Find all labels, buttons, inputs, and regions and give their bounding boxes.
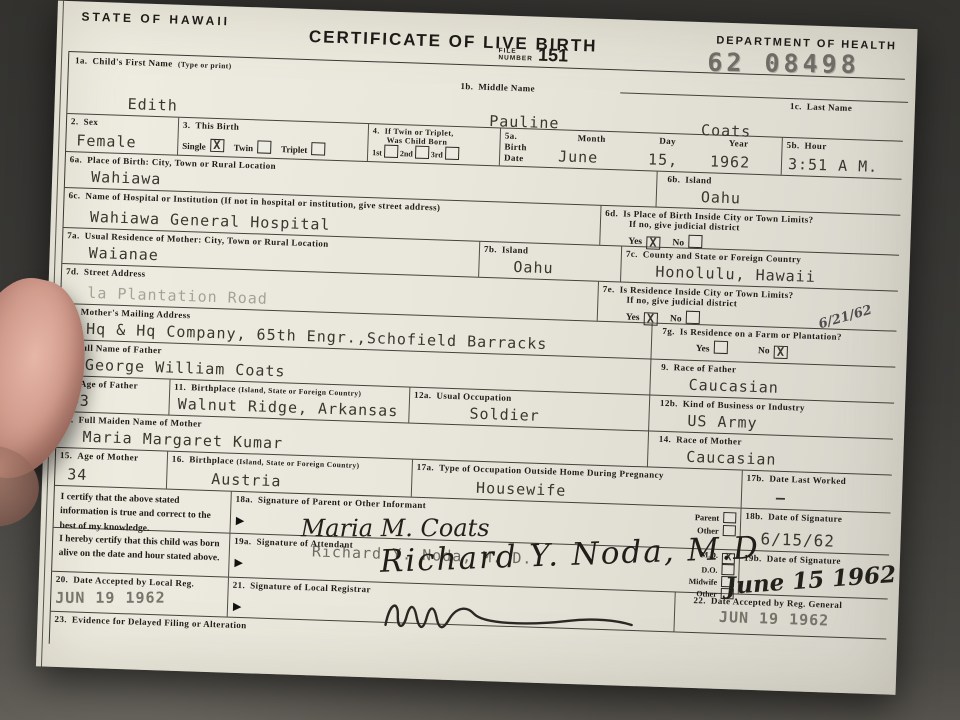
field-17b-value: — <box>776 489 888 511</box>
field-17b: 17b.Date Last Worked — <box>742 471 892 513</box>
field-1b-value: Pauline <box>489 112 560 132</box>
field-2-value: Female <box>76 131 174 152</box>
photo-background: STATE OF HAWAII CERTIFICATE OF LIVE BIRT… <box>0 0 960 720</box>
field-1c-value: Coats <box>701 121 752 141</box>
attendant-signature-date: June 15 1962 <box>724 561 896 600</box>
7g-no-checkbox: X <box>773 346 787 359</box>
local-registrar-date-stamp: JUN 19 1962 <box>55 589 223 607</box>
birth-day-value: 15, <box>648 150 701 170</box>
field-5b: 5b.Hour 3:51 A M. <box>782 138 903 179</box>
field-7b: 7b.Island Oahu <box>479 242 622 282</box>
field-1a-label: 1a.Child's First Name (Type or print) <box>75 55 232 70</box>
local-registrar-signature <box>377 591 638 644</box>
attendant-certification: I hereby certify that this child was bor… <box>52 528 230 577</box>
7g-yes-checkbox <box>713 341 727 354</box>
file-label-2: NUMBER <box>498 54 533 62</box>
birth-year-value: 1962 <box>710 152 777 172</box>
signature-arrow-icon: ▶ <box>236 516 245 527</box>
field-16-value: Austria <box>211 470 407 494</box>
signature-arrow-icon: ▶ <box>233 602 242 613</box>
parent-checkbox <box>723 512 736 523</box>
field-1b-label: 1b.Middle Name <box>460 81 535 93</box>
field-1a-value: Edith <box>127 95 178 115</box>
field-18b-value: 6/15/62 <box>760 529 886 552</box>
field-19b: 19b.Date of Signature June 15 1962 <box>739 551 889 599</box>
field-15-value: 34 <box>67 465 163 486</box>
field-15: 15.Age of Mother 34 <box>55 448 168 489</box>
file-number-block: FILE NUMBER 151 <box>498 43 568 66</box>
second-born-checkbox <box>415 146 429 159</box>
first-born-checkbox <box>384 145 398 158</box>
file-number: 151 <box>538 45 569 67</box>
third-born-checkbox <box>445 147 459 160</box>
field-1c-label: 1c.Last Name <box>790 101 853 113</box>
triplet-checkbox <box>311 142 325 155</box>
field-4: 4.If Twin or Triplet, Was Child Born 1st… <box>368 124 501 165</box>
7e-no-checkbox <box>685 311 699 324</box>
field-6b-value: Oahu <box>701 188 897 212</box>
6d-no-checkbox <box>688 235 702 248</box>
field-7b-value: Oahu <box>513 258 617 279</box>
field-5b-value: 3:51 A M. <box>788 155 899 177</box>
reg-general-date-stamp: JUN 19 1962 <box>719 608 884 631</box>
field-12b-value: US Army <box>687 412 889 437</box>
single-checkbox: X <box>210 139 224 152</box>
state-name: STATE OF HAWAII <box>81 9 230 28</box>
informant-certification: I certify that the above stated informat… <box>54 486 232 533</box>
certificate-paper: STATE OF HAWAII CERTIFICATE OF LIVE BIRT… <box>36 1 918 695</box>
twin-checkbox <box>257 140 271 153</box>
certificate-form: 1a.Child's First Name (Type or print) Ed… <box>49 51 905 671</box>
field-20: 20.Date Accepted by Local Reg. JUN 19 19… <box>51 572 229 617</box>
field-9-value: Caucasian <box>688 376 890 401</box>
field-10-value: 43 <box>69 391 165 412</box>
field-14-value: Caucasian <box>686 448 888 473</box>
field-2: 2.Sex Female <box>66 114 179 155</box>
field-22: 22.Date Accepted by Reg. General JUN 19 … <box>674 592 887 638</box>
field-3: 3.This Birth SingleX Twin Triplet <box>178 118 369 161</box>
signature-arrow-icon: ▶ <box>234 558 243 569</box>
field-12a-value: Soldier <box>469 405 645 429</box>
birth-month-value: June <box>558 147 635 168</box>
field-18b: 18b.Date of Signature 6/15/62 <box>740 509 890 555</box>
